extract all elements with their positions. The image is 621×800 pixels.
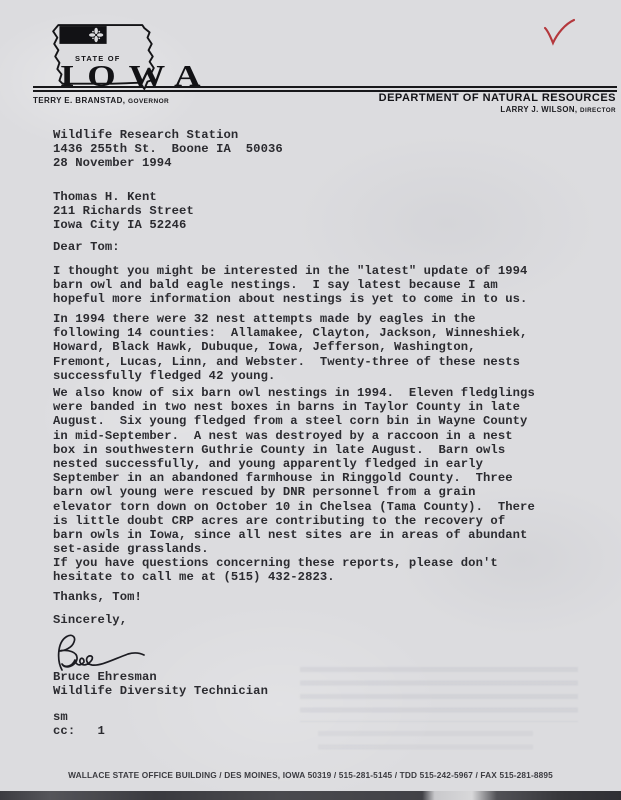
- paragraph-update-intro: I thought you might be interested in the…: [53, 264, 527, 307]
- governor-name: TERRY E. BRANSTAD,: [33, 96, 125, 105]
- thanks-line: Thanks, Tom!: [53, 590, 142, 604]
- governor-title: GOVERNOR: [128, 98, 169, 105]
- recipient-address-block: Thomas H. Kent 211 Richards Street Iowa …: [53, 190, 194, 233]
- cc-line: cc: 1: [53, 724, 105, 738]
- reference-initials-block: sm cc: 1: [53, 710, 105, 738]
- sender-address-block: Wildlife Research Station 1436 255th St.…: [53, 128, 283, 171]
- director-line: LARRY J. WILSON, DIRECTOR: [500, 105, 616, 114]
- paragraph-eagle-nests: In 1994 there were 32 nest attempts made…: [53, 312, 527, 383]
- scan-edge-band: [0, 791, 621, 800]
- iowa-flag-emblem-icon: [59, 26, 106, 44]
- director-name: LARRY J. WILSON,: [500, 105, 577, 114]
- governor-line: TERRY E. BRANSTAD, GOVERNOR: [33, 96, 169, 105]
- department-title: DEPARTMENT OF NATURAL RESOURCES: [379, 92, 616, 104]
- typist-initials: sm: [53, 710, 68, 724]
- bleed-through-text-area: [300, 660, 578, 722]
- signature-title: Wildlife Diversity Technician: [53, 684, 268, 698]
- handwritten-signature: [48, 629, 183, 675]
- footer-address-line: WALLACE STATE OFFICE BUILDING / DES MOIN…: [0, 770, 621, 780]
- paragraph-contact: If you have questions concerning these r…: [53, 556, 498, 584]
- red-checkmark-icon: [543, 18, 577, 46]
- salutation: Dear Tom:: [53, 240, 120, 254]
- bleed-through-text-area: [318, 724, 533, 750]
- closing-line: Sincerely,: [53, 613, 127, 627]
- scanned-letter-page: STATE OF IOWA TERRY E. BRANSTAD, GOVERNO…: [0, 0, 621, 800]
- iowa-wordmark: IOWA: [60, 58, 214, 94]
- paragraph-barn-owl-nests: We also know of six barn owl nestings in…: [53, 386, 535, 556]
- director-title: DIRECTOR: [580, 107, 616, 114]
